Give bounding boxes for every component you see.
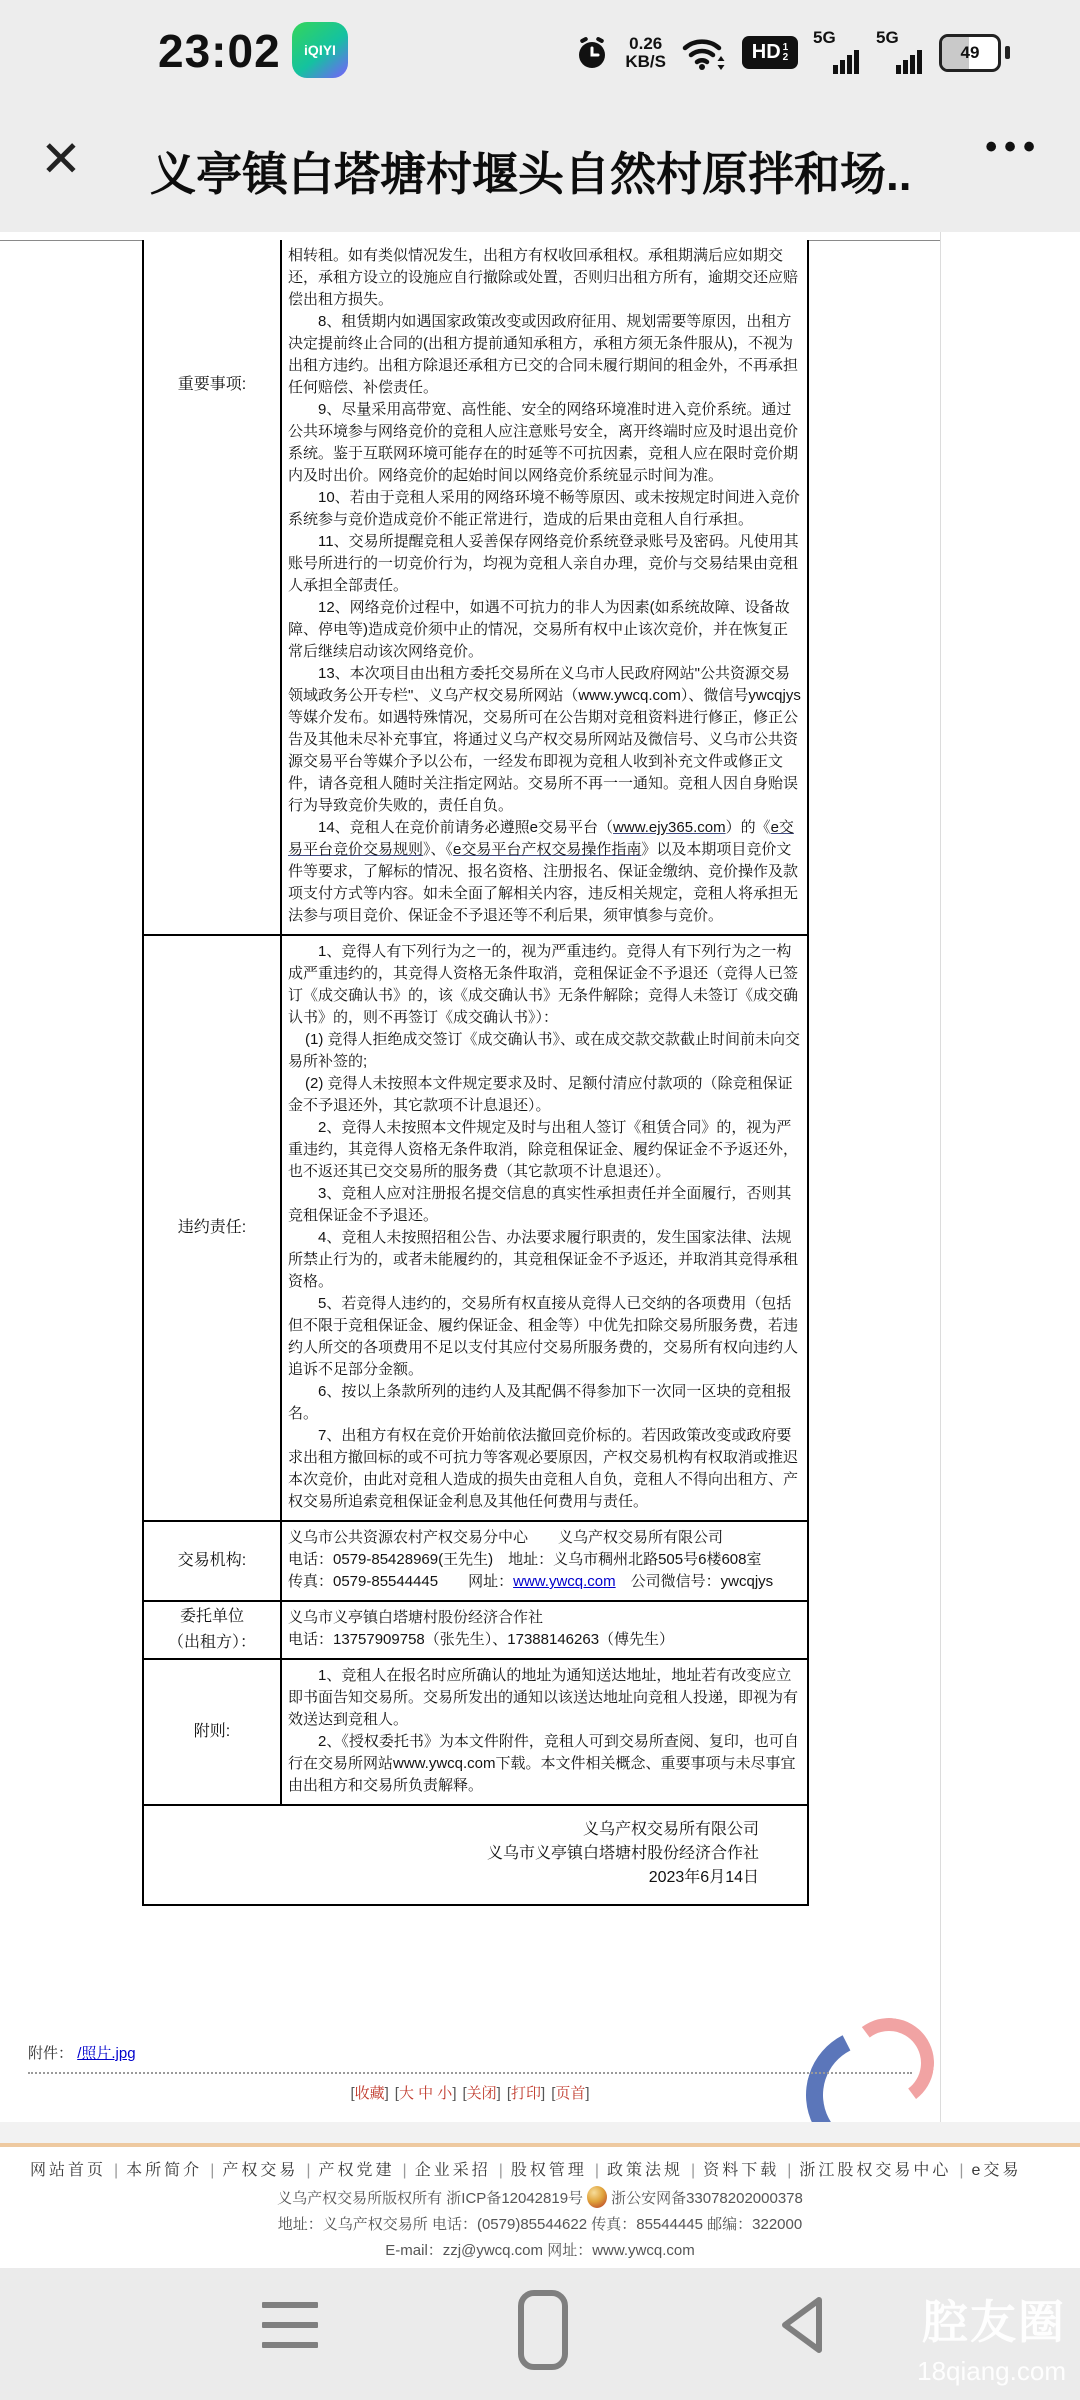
paragraph: 10、若由于竞租人采用的网络环境不畅等原因、或未按规定时间进入竞价系统参与竞价造… (288, 487, 802, 531)
wifi-icon (681, 34, 727, 72)
table-row: 交易机构:义乌市公共资源农村产权交易分中心 义乌产权交易所有限公司电话：0579… (144, 1522, 807, 1602)
dotted-separator (28, 2072, 912, 2074)
gray-gap (0, 2122, 1080, 2143)
attachment-link[interactable]: /照片.jpg (77, 2045, 135, 2062)
signal1-label: 5G (813, 28, 836, 48)
home-icon[interactable] (518, 2290, 568, 2370)
paragraph: 2、竞得人未按照本文件规定及时与出租人签订《租赁合同》的，视为严重违约，其竞得人… (288, 1117, 802, 1183)
footer-address-line: 地址：义乌产权交易所 电话：(0579)85544622 传真：85544445… (0, 2215, 1080, 2235)
paragraph: 电话：0579-85428969(王先生) 地址：义乌市稠州北路505号6楼60… (288, 1549, 802, 1571)
paragraph: 12、网络竞价过程中，如遇不可抗力的非人为因素(如系统故障、设备故障、停电等)造… (288, 597, 802, 663)
row-label: 委托单位（出租方）： (144, 1602, 282, 1658)
paragraph: 9、尽量采用高带宽、高性能、安全的网络环境准时进入竞价系统。通过公共环境参与网络… (288, 399, 802, 487)
inline-link[interactable]: e交易平台产权交易操作指南 (453, 841, 641, 858)
recents-icon[interactable] (262, 2302, 318, 2362)
net-speed-unit: KB/S (625, 53, 666, 71)
attachment-label: 附件： (28, 2045, 73, 2062)
page-title: 义亭镇白塔塘村堰头自然村原拌和场... (150, 138, 910, 204)
row-content: 1、竞得人有下列行为之一的，视为严重违约。竞得人有下列行为之一构成严重违约的，其… (282, 936, 807, 1520)
hd-sub: 2 (783, 53, 789, 63)
back-icon[interactable] (775, 2294, 827, 2356)
paragraph: (1) 竞得人拒绝成交签订《成交确认书》、或在成交款交款截止时间前未向交易所补签… (288, 1029, 802, 1073)
paragraph: 电话：13757909758（张先生）、17388146263（傅先生） (288, 1629, 802, 1651)
action-button[interactable]: [关闭] (462, 2085, 500, 2102)
alarm-icon (574, 35, 610, 71)
signal-5g-icon-1: 5G (813, 29, 861, 77)
paragraph: 11、交易所提醒竞租人妥善保存网络竞价系统登录账号及密码。凡使用其账号所进行的一… (288, 531, 802, 597)
iqiyi-app-icon: iQIYI (292, 22, 348, 78)
footer-copyright-line: 义乌产权交易所版权所有 浙ICP备12042819号浙公安网备330782020… (0, 2186, 1080, 2209)
footer-nav-link[interactable]: 本所简介 (126, 2162, 202, 2179)
phone-header: 23:02 iQIYI 0.26 KB/S HD 1 2 (0, 0, 1080, 232)
icp-text: 义乌产权交易所版权所有 浙ICP备12042819号 (277, 2190, 583, 2207)
footer-nav: 网站首页|本所简介|产权交易|产权党建|企业采招|股权管理|政策法规|资料下载|… (0, 2147, 1080, 2180)
table-row: 违约责任:1、竞得人有下列行为之一的，视为严重违约。竞得人有下列行为之一构成严重… (144, 936, 807, 1522)
action-button[interactable]: [大 中 小] (395, 2085, 457, 2102)
close-icon[interactable]: ✕ (40, 134, 82, 184)
attachment-line: 附件： /照片.jpg (28, 2042, 136, 2063)
footer-nav-link[interactable]: 浙江股权交易中心 (799, 2162, 951, 2179)
status-time: 23:02 (158, 24, 281, 78)
inline-link[interactable]: www.ejy365.com (613, 819, 726, 836)
row-content: 相转租。如有类似情况发生，出租方有权收回承租权。承租期满后应如期交还，承租方设立… (282, 240, 807, 934)
police-record-text: 浙公安网备33078202000378 (611, 2190, 803, 2207)
paragraph: 14、竞租人在竞价前请务必遵照e交易平台（www.ejy365.com）的《e交… (288, 817, 802, 927)
more-menu-icon[interactable]: ••• (985, 128, 1042, 167)
paragraph: 相转租。如有类似情况发生，出租方有权收回承租权。承租期满后应如期交还，承租方设立… (288, 245, 802, 311)
footer-nav-link[interactable]: 产权党建 (319, 2162, 395, 2179)
signature-row: 义乌产权交易所有限公司义乌市义亭镇白塔塘村股份经济合作社2023年6月14日 (144, 1806, 807, 1904)
paragraph: 13、本次项目由出租方委托交易所在义乌市人民政府网站"公共资源交易领域政务公开专… (288, 663, 802, 817)
paragraph: (2) 竞得人未按照本文件规定要求及时、足额付清应付款项的（除竞租保证金不予退还… (288, 1073, 802, 1117)
paragraph: 义乌市公共资源农村产权交易分中心 义乌产权交易所有限公司 (288, 1527, 802, 1549)
watermark-title: 腔友圈 (917, 2286, 1066, 2352)
battery-icon: 49 (939, 34, 1001, 72)
paragraph: 3、竞租人应对注册报名提交信息的真实性承担责任并全面履行，否则其竞租保证金不予退… (288, 1183, 802, 1227)
table-row: 重要事项:相转租。如有类似情况发生，出租方有权收回承租权。承租期满后应如期交还，… (144, 240, 807, 936)
paragraph: 8、租赁期内如遇国家政策改变或因政府征用、规划需要等原因，出租方决定提前终止合同… (288, 311, 802, 399)
signature-block: 义乌产权交易所有限公司义乌市义亭镇白塔塘村股份经济合作社2023年6月14日 (144, 1806, 807, 1904)
battery-percent: 49 (961, 43, 980, 63)
footer-nav-link[interactable]: 产权交易 (222, 2162, 298, 2179)
signal-5g-icon-2: 5G (876, 29, 924, 77)
network-speed: 0.26 KB/S (625, 35, 666, 71)
paragraph: 4、竞租人未按照招租公告、办法要求履行职责的，发生国家法律、法规所禁止行为的，或… (288, 1227, 802, 1293)
hd-volte-icon: HD 1 2 (742, 36, 798, 69)
footer-nav-link[interactable]: 企业采招 (415, 2162, 491, 2179)
row-label: 交易机构: (144, 1522, 282, 1600)
footer-nav-link[interactable]: 股权管理 (511, 2162, 587, 2179)
row-label: 附则: (144, 1660, 282, 1804)
paragraph: 6、按以上条款所列的违约人及其配偶不得参加下一次同一区块的竞租报名。 (288, 1381, 802, 1425)
document-table: 重要事项:相转租。如有类似情况发生，出租方有权收回承租权。承租期满后应如期交还，… (142, 240, 809, 1906)
status-icons: 0.26 KB/S HD 1 2 5G (574, 0, 1010, 105)
table-row: 委托单位（出租方）：义乌市义亭镇白塔塘村股份经济合作社电话：1375790975… (144, 1602, 807, 1660)
row-content: 1、竞租人在报名时应所确认的地址为通知送达地址，地址若有改变应立即书面告知交易所… (282, 1660, 807, 1804)
page-actions: [收藏][大 中 小][关闭][打印][页首] (0, 2082, 940, 2103)
footer-nav-link[interactable]: 政策法规 (607, 2162, 683, 2179)
android-nav-bar: 腔友圈 18qiang.com (0, 2268, 1080, 2400)
paragraph: 2、《授权委托书》为本文件附件，竞租人可到交易所查阅、复印，也可自行在交易所网站… (288, 1731, 802, 1797)
row-content: 义乌市公共资源农村产权交易分中心 义乌产权交易所有限公司电话：0579-8542… (282, 1522, 807, 1600)
battery-nub (1005, 46, 1010, 59)
signal2-label: 5G (876, 28, 899, 48)
footer-nav-link[interactable]: e交易 (972, 2162, 1022, 2179)
table-row: 附则:1、竞租人在报名时应所确认的地址为通知送达地址，地址若有改变应立即书面告知… (144, 1660, 807, 1806)
hd-label: HD (752, 41, 781, 64)
row-content: 义乌市义亭镇白塔塘村股份经济合作社电话：13757909758（张先生）、173… (282, 1602, 807, 1658)
row-label: 重要事项: (144, 240, 282, 934)
document-page: 重要事项:相转租。如有类似情况发生，出租方有权收回承租权。承租期满后应如期交还，… (0, 232, 1080, 2122)
paragraph: 义乌市义亭镇白塔塘村股份经济合作社 (288, 1607, 802, 1629)
watermark: 腔友圈 18qiang.com (917, 2286, 1066, 2387)
paragraph: 1、竞得人有下列行为之一的，视为严重违约。竞得人有下列行为之一构成严重违约的，其… (288, 941, 802, 1029)
row-label: 违约责任: (144, 936, 282, 1520)
action-button[interactable]: [页首] (551, 2085, 589, 2102)
page-edge-line (940, 232, 941, 2122)
footer-nav-link[interactable]: 资料下载 (703, 2162, 779, 2179)
inline-link[interactable]: www.ywcq.com (513, 1573, 616, 1590)
net-speed-value: 0.26 (629, 35, 662, 53)
action-button[interactable]: [打印] (507, 2085, 545, 2102)
footer-email-line: E-mail：zzj@ywcq.com 网址：www.ywcq.com (0, 2241, 1080, 2261)
paragraph: 1、竞租人在报名时应所确认的地址为通知送达地址，地址若有改变应立即书面告知交易所… (288, 1665, 802, 1731)
action-button[interactable]: [收藏] (350, 2085, 388, 2102)
watermark-url: 18qiang.com (917, 2356, 1066, 2387)
hd-sup: 1 (783, 43, 789, 53)
iqiyi-label: iQIYI (304, 42, 336, 58)
footer-nav-link[interactable]: 网站首页 (30, 2162, 106, 2179)
paragraph: 传真：0579-85544445 网址：www.ywcq.com 公司微信号：y… (288, 1571, 802, 1593)
police-badge-icon (587, 2186, 607, 2208)
site-footer: 网站首页|本所简介|产权交易|产权党建|企业采招|股权管理|政策法规|资料下载|… (0, 2147, 1080, 2268)
paragraph: 7、出租方有权在竞价开始前依法撤回竞价标的。若因政策改变或政府要求出租方撤回标的… (288, 1425, 802, 1513)
paragraph: 5、若竞得人违约的，交易所有权直接从竞得人已交纳的各项费用（包括但不限于竞租保证… (288, 1293, 802, 1381)
